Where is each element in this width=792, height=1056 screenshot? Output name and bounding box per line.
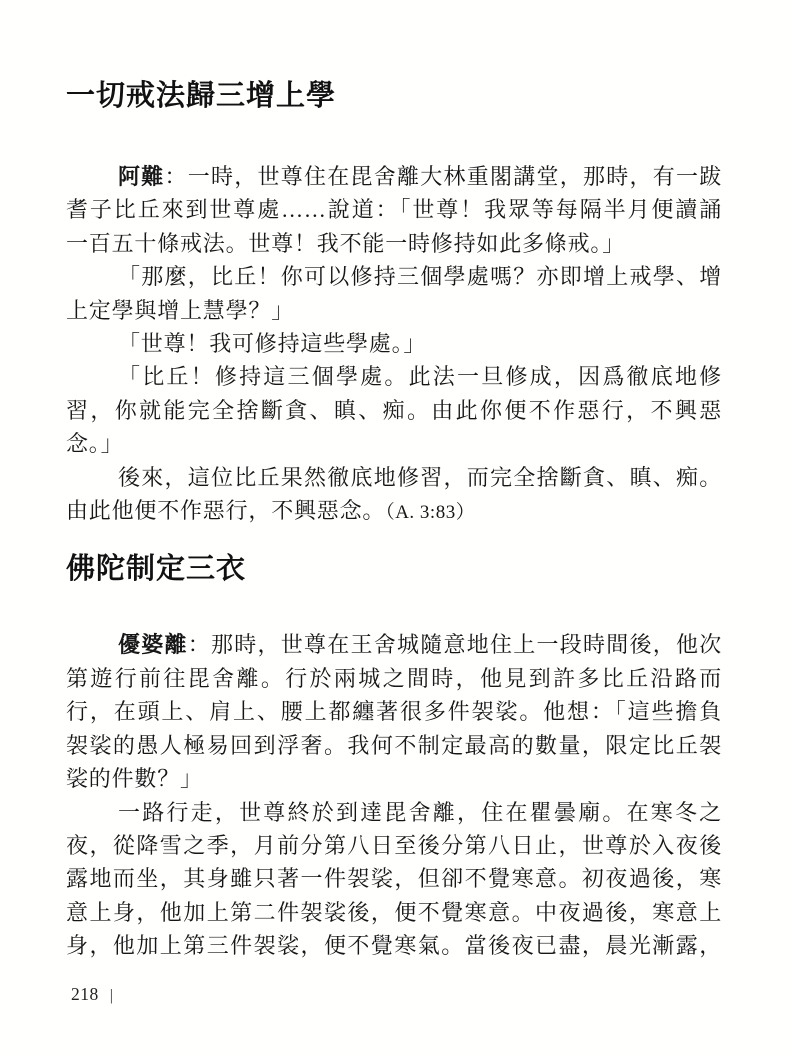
text-line: 「比丘！修持這三個學處。此法一旦修成，因爲徹底地修 bbox=[66, 360, 722, 393]
text-line: 由此他便不作惡行，不興惡念。（A. 3:83） bbox=[66, 494, 722, 529]
page-number: 218 bbox=[71, 984, 99, 1004]
text-run: ：一時，世尊住在毘舍離大林重閣講堂，那時，有一跋 bbox=[165, 164, 723, 189]
paragraph: 後來，這位比丘果然徹底地修習，而完全捨斷貪、瞋、痴。 由此他便不作惡行，不興惡念… bbox=[66, 461, 722, 530]
section-heading-precepts: 一切戒法歸三增上學 bbox=[66, 78, 722, 114]
paragraph: 「世尊！我可修持這些學處。」 bbox=[66, 327, 722, 360]
text-line: 一百五十條戒法。世尊！我不能一時修持如此多條戒。」 bbox=[66, 227, 722, 260]
text-line: 一路行走，世尊終於到達毘舍離，住在瞿曇廟。在寒冬之 bbox=[66, 796, 722, 829]
text-line: 阿難：一時，世尊住在毘舍離大林重閣講堂，那時，有一跋 bbox=[66, 160, 722, 193]
text-line: 念。」 bbox=[66, 427, 722, 460]
book-page: 一切戒法歸三增上學 阿難：一時，世尊住在毘舍離大林重閣講堂，那時，有一跋 耆子比… bbox=[0, 0, 792, 1056]
text-line: 上定學與增上慧學？」 bbox=[66, 294, 722, 327]
text-line: 露地而坐，其身雖只著一件袈裟，但卻不覺寒意。初夜過後，寒 bbox=[66, 862, 722, 895]
section-heading-three-robes: 佛陀制定三衣 bbox=[66, 551, 722, 587]
text-line: 「世尊！我可修持這些學處。」 bbox=[66, 327, 722, 360]
text-line: 耆子比丘來到世尊處……說道：「世尊！我眾等每隔半月便讀誦 bbox=[66, 193, 722, 226]
text-run: ：那時，世尊在王舍城隨意地住上一段時間後，他次 bbox=[188, 632, 722, 657]
text-line: 裟的件數？」 bbox=[66, 762, 722, 795]
paragraph: 優婆離：那時，世尊在王舍城隨意地住上一段時間後，他次 第遊行前往毘舍離。行於兩城… bbox=[66, 628, 722, 795]
text-run: 由此他便不作惡行，不興惡念。 bbox=[66, 498, 385, 523]
page-footer: 218| bbox=[71, 984, 113, 1005]
sutta-citation: （A. 3:83） bbox=[385, 502, 475, 523]
text-line: 袈裟的愚人極易回到浮奢。我何不制定最高的數量，限定比丘袈 bbox=[66, 729, 722, 762]
text-line: 行，在頭上、肩上、腰上都纏著很多件袈裟。他想：「這些擔負 bbox=[66, 695, 722, 728]
text-line: 「那麼，比丘！你可以修持三個學處嗎？亦即增上戒學、增 bbox=[66, 260, 722, 293]
text-line: 身，他加上第三件袈裟，便不覺寒氣。當後夜已盡，晨光漸露， bbox=[66, 929, 722, 962]
footer-divider: | bbox=[110, 987, 114, 1005]
text-line: 夜，從降雪之季，月前分第八日至後分第八日止，世尊於入夜後 bbox=[66, 829, 722, 862]
speaker-label: 阿難 bbox=[118, 164, 165, 189]
text-line: 優婆離：那時，世尊在王舍城隨意地住上一段時間後，他次 bbox=[66, 628, 722, 661]
speaker-label: 優婆離 bbox=[118, 632, 188, 657]
paragraph: 「比丘！修持這三個學處。此法一旦修成，因爲徹底地修 習，你就能完全捨斷貪、瞋、痴… bbox=[66, 360, 722, 460]
text-line: 意上身，他加上第二件袈裟後，便不覺寒意。中夜過後，寒意上 bbox=[66, 896, 722, 929]
page-content: 一切戒法歸三增上學 阿難：一時，世尊住在毘舍離大林重閣講堂，那時，有一跋 耆子比… bbox=[66, 0, 722, 963]
paragraph: 「那麼，比丘！你可以修持三個學處嗎？亦即增上戒學、增 上定學與增上慧學？」 bbox=[66, 260, 722, 327]
paragraph: 阿難：一時，世尊住在毘舍離大林重閣講堂，那時，有一跋 耆子比丘來到世尊處……說道… bbox=[66, 160, 722, 260]
text-line: 後來，這位比丘果然徹底地修習，而完全捨斷貪、瞋、痴。 bbox=[66, 461, 722, 494]
paragraph: 一路行走，世尊終於到達毘舍離，住在瞿曇廟。在寒冬之 夜，從降雪之季，月前分第八日… bbox=[66, 796, 722, 963]
text-line: 習，你就能完全捨斷貪、瞋、痴。由此你便不作惡行，不興惡 bbox=[66, 394, 722, 427]
text-line: 第遊行前往毘舍離。行於兩城之間時，他見到許多比丘沿路而 bbox=[66, 662, 722, 695]
